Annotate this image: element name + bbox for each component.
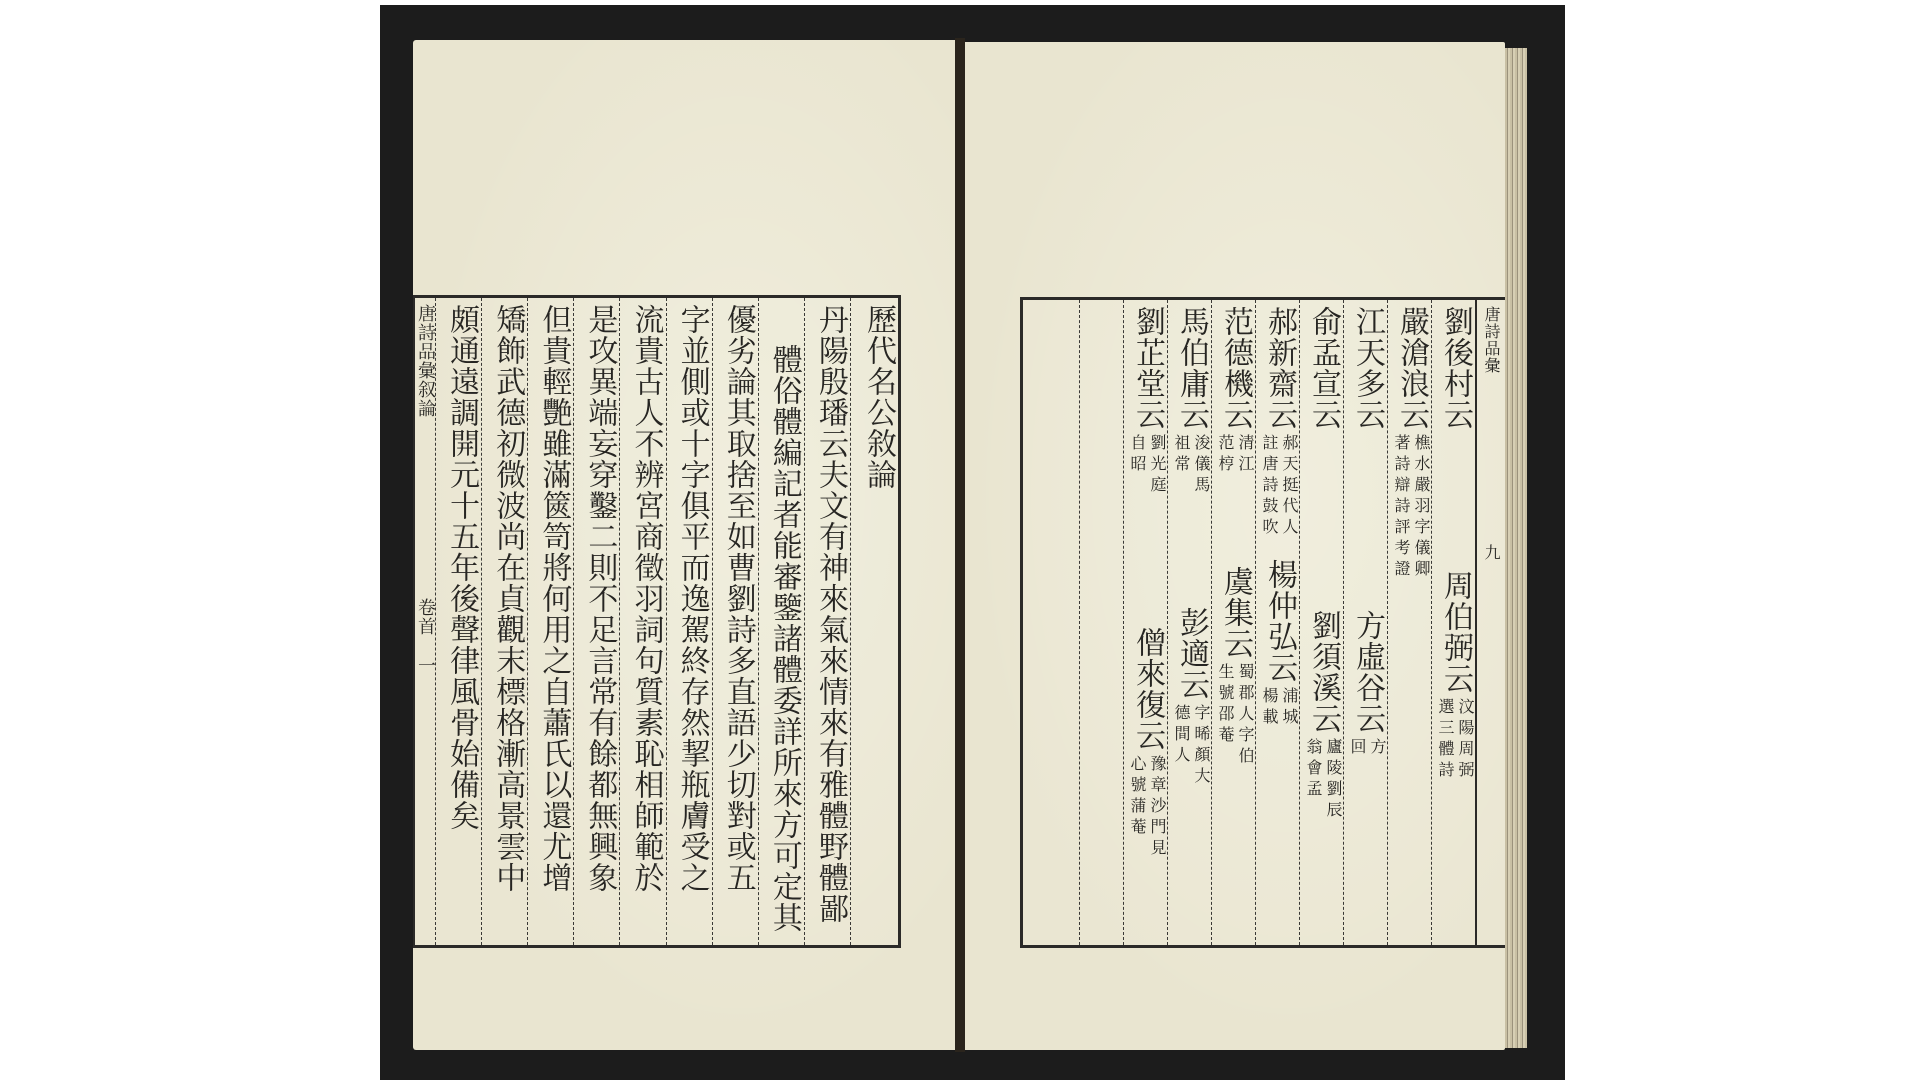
entry-column: 馬伯庸云 浚儀馬 祖常 彭適云 字晞顏大 德間人 (1167, 300, 1211, 945)
quote-source: 范德機云 (1213, 306, 1255, 430)
text-line: 優劣論其取捨至如曹劉詩多直語少切對或五 (716, 304, 758, 945)
annotation: 方 回 (1346, 734, 1386, 759)
text-line: 矯飾武德初微波尚在貞觀末標格漸高景雲中 (485, 304, 527, 945)
text-line: 是攻異端妄穿鑿二則不足言常有餘都無興象 (577, 304, 619, 945)
empty-column (1023, 300, 1079, 945)
entry-stack: 俞孟宣云 劉須溪云 廬陵劉辰 翁會孟 (1301, 306, 1343, 945)
entry-column: 劉後村云 周伯弼云 汶陽周弼 選三體詩 (1431, 300, 1475, 945)
fishtail-stack: 唐詩品彙 九 (1477, 306, 1505, 945)
text-column: 是攻異端妄穿鑿二則不足言常有餘都無興象 (573, 298, 619, 945)
entry-column: 劉芷堂云 劉光庭 自昭 僧來復云 豫章沙門見 心號蒲菴 (1123, 300, 1167, 945)
annotation: 樵水嚴羽字儀卿 著詩辯詩評考證 (1390, 430, 1430, 581)
left-text-frame: 歷代名公敘論 丹陽殷璠云夫文有神來氣來情來有雅體野體鄙 體俗體編記者能審鑒諸體委… (413, 295, 901, 948)
annotation-line: 著詩辯詩評考證 (1390, 430, 1410, 581)
entry-stack: 劉芷堂云 劉光庭 自昭 僧來復云 豫章沙門見 心號蒲菴 (1125, 306, 1167, 945)
entry-column: 范德機云 清江 范梈 虞集云 蜀郡人字伯 生號邵菴 (1211, 300, 1255, 945)
text-line: 字並側或十字俱平而逸駕終存然挈瓶膚受之 (670, 304, 712, 945)
annotation-line: 劉光庭 (1146, 430, 1166, 497)
annotation: 廬陵劉辰 翁會孟 (1302, 734, 1342, 822)
entry-stack: 嚴滄浪云 樵水嚴羽字儀卿 著詩辯詩評考證 (1389, 306, 1431, 945)
annotation: 郝天挺代人 註唐詩鼓吹 (1258, 430, 1298, 539)
quote-source: 楊仲弘云 (1257, 559, 1299, 683)
annotation-line: 選三體詩 (1434, 694, 1454, 782)
quote-source: 虞集云 (1213, 566, 1255, 659)
text-column: 但貴輕艷雖滿篋笥將何用之自蕭氏以還尤增 (527, 298, 573, 945)
entry-column: 俞孟宣云 劉須溪云 廬陵劉辰 翁會孟 (1299, 300, 1343, 945)
annotation-line: 浚儀馬 (1190, 430, 1210, 497)
quote-source: 劉芷堂云 (1125, 306, 1167, 430)
margin-title: 唐詩品彙 (415, 304, 435, 380)
annotation-line: 自昭 (1126, 430, 1146, 497)
text-column: 字並側或十字俱平而逸駕終存然挈瓶膚受之 (666, 298, 712, 945)
annotation: 字晞顏大 德間人 (1170, 700, 1210, 788)
entry-stack: 范德機云 清江 范梈 虞集云 蜀郡人字伯 生號邵菴 (1213, 306, 1255, 945)
annotation-line: 祖常 (1170, 430, 1190, 497)
margin-title: 唐詩品彙 (1482, 306, 1500, 374)
quote-source: 彭適云 (1169, 607, 1211, 700)
annotation-line: 廬陵劉辰 (1322, 734, 1342, 822)
quote-source: 郝新齋云 (1257, 306, 1299, 430)
margin-page-number: 一 (415, 656, 435, 675)
text-line: 丹陽殷璠云夫文有神來氣來情來有雅體野體鄙 (808, 304, 850, 945)
annotation-line: 楊載 (1258, 683, 1278, 729)
right-text-frame: 唐詩品彙 九 劉後村云 周伯弼云 汶陽周弼 選三體詩 嚴滄浪云 樵水嚴羽字儀卿 (1020, 297, 1505, 948)
entry-stack: 馬伯庸云 浚儀馬 祖常 彭適云 字晞顏大 德間人 (1169, 306, 1211, 945)
entry-stack: 劉後村云 周伯弼云 汶陽周弼 選三體詩 (1433, 306, 1475, 945)
entry-column: 嚴滄浪云 樵水嚴羽字儀卿 著詩辯詩評考證 (1387, 300, 1431, 945)
text-line: 但貴輕艷雖滿篋笥將何用之自蕭氏以還尤增 (531, 304, 573, 945)
section-heading: 歷代名公敘論 (856, 304, 898, 945)
annotation-line: 翁會孟 (1302, 734, 1322, 822)
annotation-line: 字晞顏大 (1190, 700, 1210, 788)
annotation-line: 德間人 (1170, 700, 1190, 788)
annotation-line: 方 (1366, 734, 1386, 759)
text-column: 體俗體編記者能審鑒諸體委詳所來方可定其 (758, 298, 804, 945)
annotation-line: 生號邵菴 (1214, 659, 1234, 768)
annotation: 浚儀馬 祖常 (1170, 430, 1210, 497)
text-column: 頗通遠調開元十五年後聲律風骨始備矣 (435, 298, 481, 945)
text-column: 流貴古人不辨宮商徵羽詞句質素恥相師範於 (619, 298, 665, 945)
quote-source: 俞孟宣云 (1301, 306, 1343, 430)
annotation: 浦城 楊載 (1258, 683, 1298, 729)
fishtail-stack: 唐詩品彙 叙論 卷首 一 (415, 304, 435, 945)
quote-source: 方虛谷云 (1345, 610, 1387, 734)
quote-source: 僧來復云 (1125, 627, 1167, 751)
text-line: 頗通遠調開元十五年後聲律風骨始備矣 (439, 304, 481, 945)
empty-column (1079, 300, 1123, 945)
fishtail-column: 唐詩品彙 九 (1475, 300, 1505, 945)
text-column: 矯飾武德初微波尚在貞觀末標格漸高景雲中 (481, 298, 527, 945)
annotation-line: 心號蒲菴 (1126, 751, 1146, 860)
annotation: 清江 范梈 (1214, 430, 1254, 476)
annotation-line: 註唐詩鼓吹 (1258, 430, 1278, 539)
annotation: 蜀郡人字伯 生號邵菴 (1214, 659, 1254, 768)
annotation-line: 浦城 (1278, 683, 1298, 729)
margin-section: 叙論 (415, 380, 435, 418)
margin-volume: 卷首 (415, 598, 435, 636)
page-edges (1505, 48, 1527, 1048)
book-gutter (955, 38, 965, 1052)
quote-source: 劉須溪云 (1301, 610, 1343, 734)
annotation-line: 范梈 (1214, 430, 1234, 476)
annotation-line: 汶陽周弼 (1454, 694, 1474, 782)
text-column: 優劣論其取捨至如曹劉詩多直語少切對或五 (712, 298, 758, 945)
left-columns: 歷代名公敘論 丹陽殷璠云夫文有神來氣來情來有雅體野體鄙 體俗體編記者能審鑒諸體委… (413, 298, 898, 945)
annotation-line: 回 (1346, 734, 1366, 759)
annotation-line: 蜀郡人字伯 (1234, 659, 1254, 768)
right-columns: 唐詩品彙 九 劉後村云 周伯弼云 汶陽周弼 選三體詩 嚴滄浪云 樵水嚴羽字儀卿 (1023, 300, 1505, 945)
entry-column: 郝新齋云 郝天挺代人 註唐詩鼓吹 楊仲弘云 浦城 楊載 (1255, 300, 1299, 945)
annotation-line: 樵水嚴羽字儀卿 (1410, 430, 1430, 581)
annotation: 劉光庭 自昭 (1126, 430, 1166, 497)
entry-column: 江天多云 方虛谷云 方 回 (1343, 300, 1387, 945)
fishtail-column: 唐詩品彙 叙論 卷首 一 (413, 298, 435, 945)
text-column: 歷代名公敘論 (850, 298, 898, 945)
text-line: 流貴古人不辨宮商徵羽詞句質素恥相師範於 (624, 304, 666, 945)
annotation-line: 豫章沙門見 (1146, 751, 1166, 860)
entry-stack: 郝新齋云 郝天挺代人 註唐詩鼓吹 楊仲弘云 浦城 楊載 (1257, 306, 1299, 945)
text-line: 體俗體編記者能審鑒諸體委詳所來方可定其 (762, 304, 804, 945)
entry-stack: 江天多云 方虛谷云 方 回 (1345, 306, 1387, 945)
annotation: 汶陽周弼 選三體詩 (1434, 694, 1474, 782)
quote-source: 周伯弼云 (1433, 570, 1475, 694)
margin-page-number: 九 (1482, 544, 1500, 561)
annotation-line: 清江 (1234, 430, 1254, 476)
quote-source: 馬伯庸云 (1169, 306, 1211, 430)
quote-source: 江天多云 (1345, 306, 1387, 430)
annotation: 豫章沙門見 心號蒲菴 (1126, 751, 1166, 860)
quote-source: 劉後村云 (1433, 306, 1475, 430)
text-column: 丹陽殷璠云夫文有神來氣來情來有雅體野體鄙 (804, 298, 850, 945)
quote-source: 嚴滄浪云 (1389, 306, 1431, 430)
annotation-line: 郝天挺代人 (1278, 430, 1298, 539)
